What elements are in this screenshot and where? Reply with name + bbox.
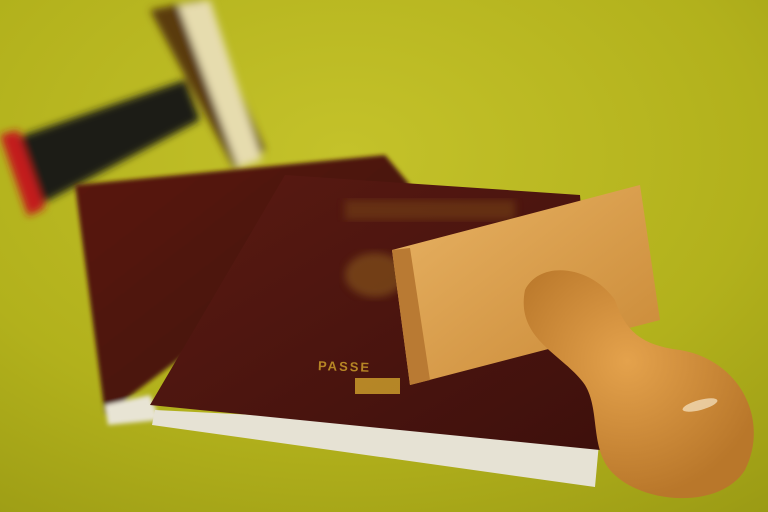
photo-scene: PASSE Two burgundy passports with wooden… xyxy=(0,0,768,512)
photo-illustration xyxy=(0,0,768,512)
passport-cover-text: PASSE xyxy=(318,358,372,375)
